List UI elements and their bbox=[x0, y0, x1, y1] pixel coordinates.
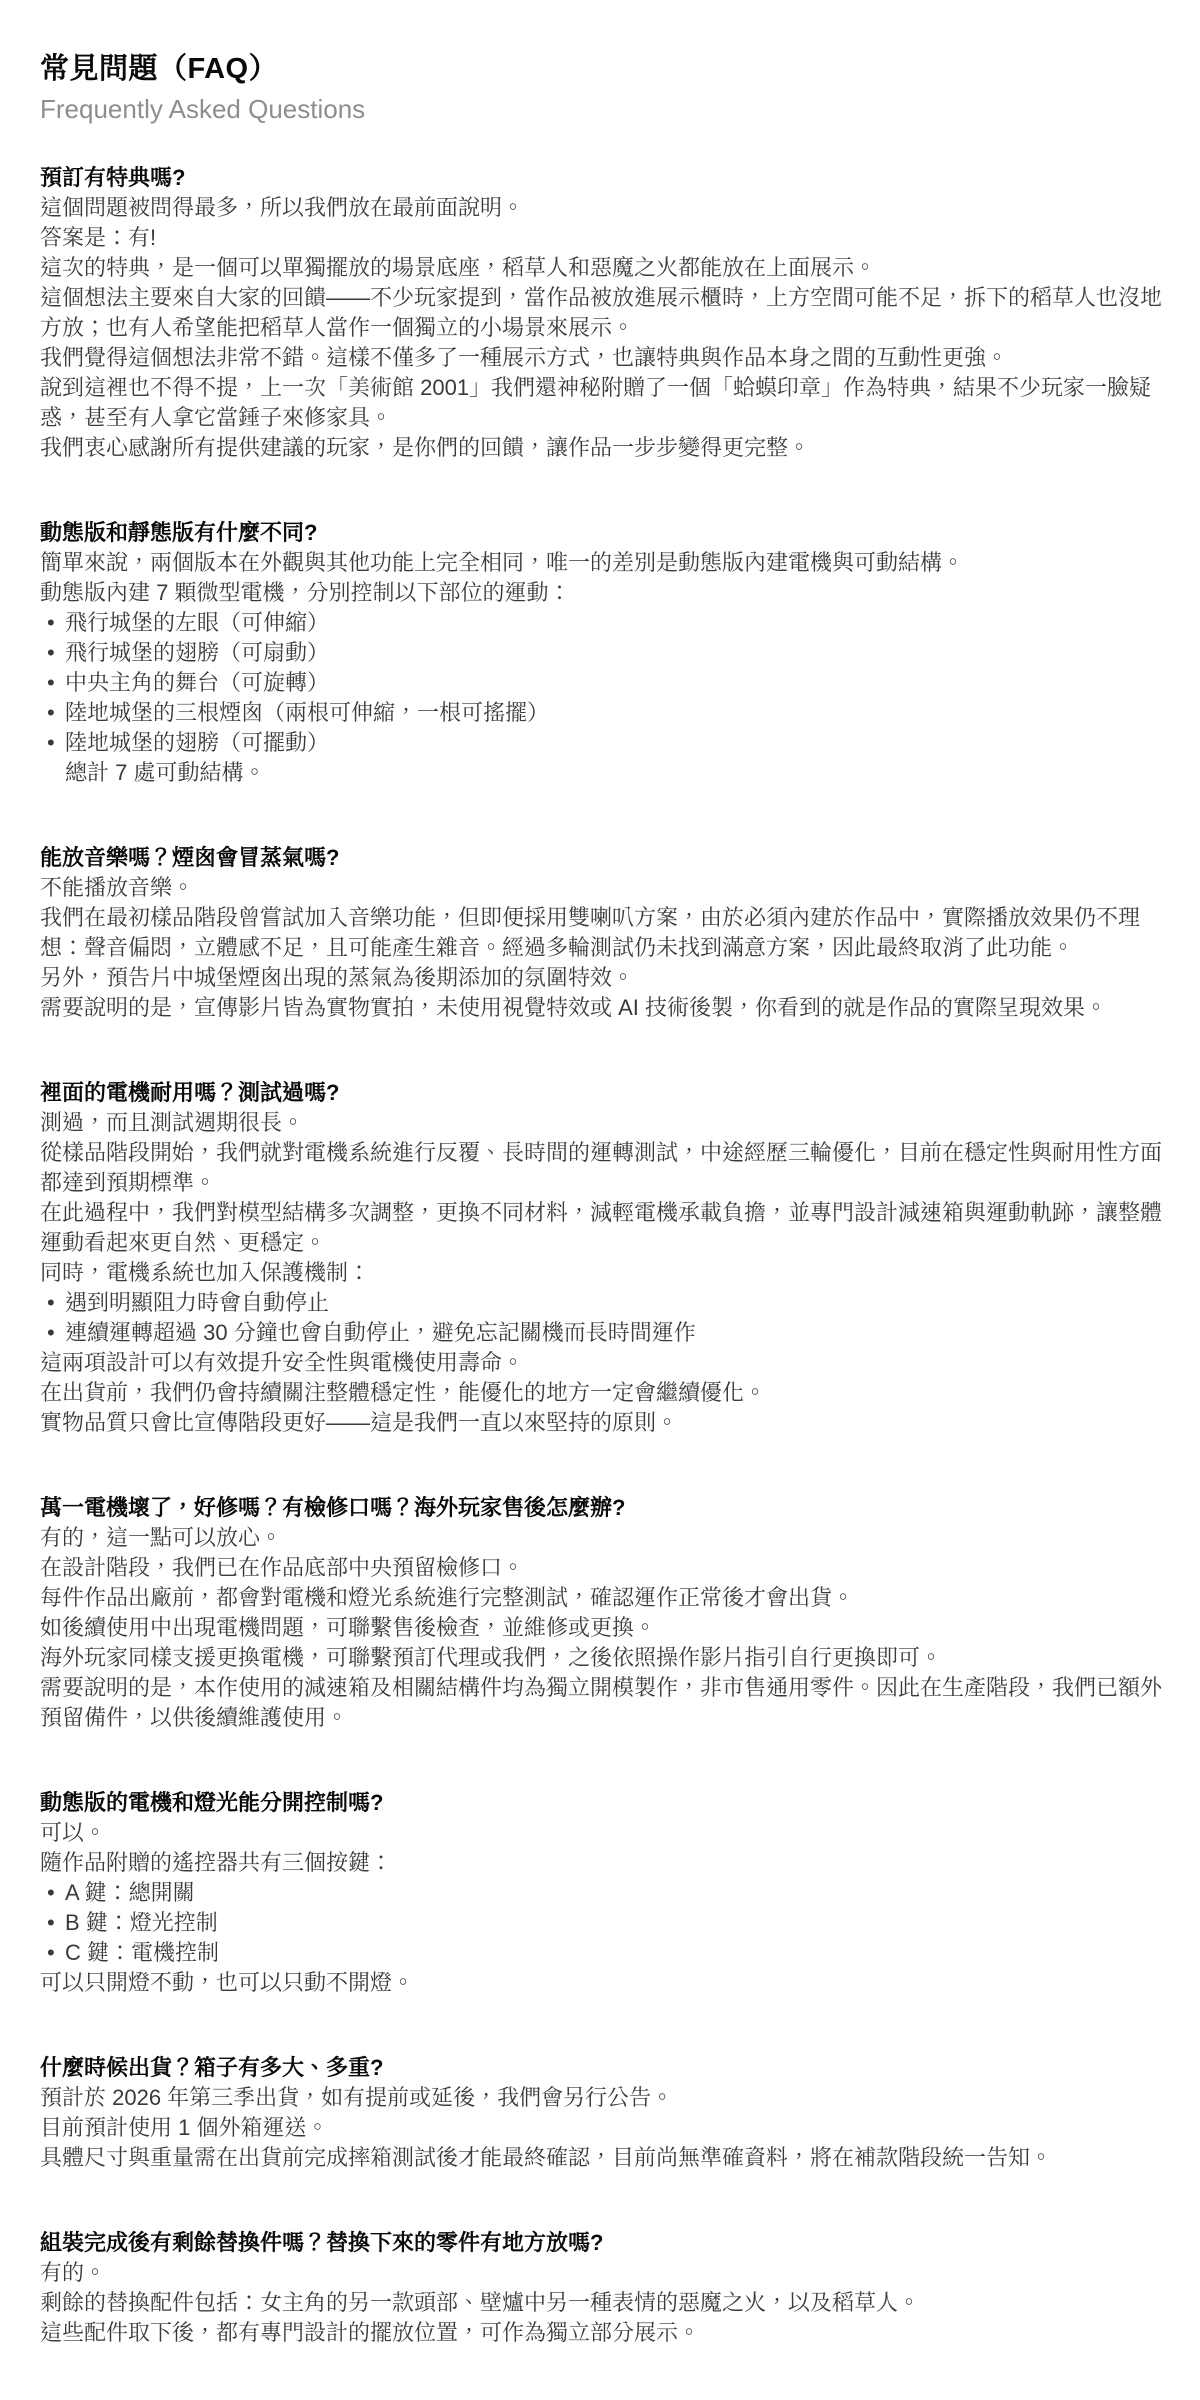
faq-answer-line: •每件作品出廠前，都會對電機和燈光系統進行完整測試，確認運作正常後才會出貨。 bbox=[40, 1583, 1165, 1613]
bullet-icon: • bbox=[47, 1938, 55, 1968]
faq-answer-line: •飛行城堡的左眼（可伸縮） bbox=[40, 608, 1165, 638]
faq-section: 能放音樂嗎？煙囪會冒蒸氣嗎? •不能播放音樂。 •我們在最初樣品階段曾嘗試加入音… bbox=[40, 843, 1165, 1023]
faq-answer-line: •這兩項設計可以有效提升安全性與電機使用壽命。 bbox=[40, 1348, 1165, 1378]
faq-question: 什麼時候出貨？箱子有多大、多重? bbox=[40, 2053, 1165, 2083]
faq-answer-line: •有的。 bbox=[40, 2258, 1165, 2288]
faq-answer-line: •需要說明的是，宣傳影片皆為實物實拍，未使用視覺特效或 AI 技術後製，你看到的… bbox=[40, 993, 1165, 1023]
line-text: 同時，電機系統也加入保護機制： bbox=[40, 1260, 370, 1285]
faq-answer-line: •可以只開燈不動，也可以只動不開燈。 bbox=[40, 1968, 1165, 1998]
faq-answer-line: •陸地城堡的三根煙囪（兩根可伸縮，一根可搖擺） bbox=[40, 698, 1165, 728]
faq-section: 動態版的電機和燈光能分開控制嗎? •可以。 •隨作品附贈的遙控器共有三個按鍵： … bbox=[40, 1788, 1165, 1998]
line-text: 需要說明的是，宣傳影片皆為實物實拍，未使用視覺特效或 AI 技術後製，你看到的就… bbox=[40, 995, 1107, 1020]
faq-section: 動態版和靜態版有什麼不同? •簡單來說，兩個版本在外觀與其他功能上完全相同，唯一… bbox=[40, 518, 1165, 788]
faq-section: 萬一電機壞了，好修嗎？有檢修口嗎？海外玩家售後怎麼辦? •有的，這一點可以放心。… bbox=[40, 1493, 1165, 1733]
line-text: 預計於 2026 年第三季出貨，如有提前或延後，我們會另行公告。 bbox=[40, 2085, 673, 2110]
faq-answer-line: •在設計階段，我們已在作品底部中央預留檢修口。 bbox=[40, 1553, 1165, 1583]
faq-answer-line: •需要說明的是，本作使用的減速箱及相關結構件均為獨立開模製作，非市售通用零件。因… bbox=[40, 1673, 1165, 1733]
line-text: 實物品質只會比宣傳階段更好——這是我們一直以來堅持的原則。 bbox=[40, 1410, 678, 1435]
faq-section: 裡面的電機耐用嗎？測試過嗎? •測過，而且測試週期很長。 •從樣品階段開始，我們… bbox=[40, 1078, 1165, 1438]
faq-question: 能放音樂嗎？煙囪會冒蒸氣嗎? bbox=[40, 843, 1165, 873]
line-text: 如後續使用中出現電機問題，可聯繫售後檢查，並維修或更換。 bbox=[40, 1615, 656, 1640]
line-text: 每件作品出廠前，都會對電機和燈光系統進行完整測試，確認運作正常後才會出貨。 bbox=[40, 1585, 854, 1610]
line-text: 陸地城堡的翅膀（可擺動） bbox=[65, 730, 329, 755]
line-text: 可以。 bbox=[40, 1820, 106, 1845]
bullet-icon: • bbox=[47, 1318, 55, 1348]
faq-section: 什麼時候出貨？箱子有多大、多重? •預計於 2026 年第三季出貨，如有提前或延… bbox=[40, 2053, 1165, 2173]
faq-question: 預訂有特典嗎? bbox=[40, 163, 1165, 193]
line-text: 我們衷心感謝所有提供建議的玩家，是你們的回饋，讓作品一步步變得更完整。 bbox=[40, 435, 810, 460]
line-text: 有的，這一點可以放心。 bbox=[40, 1525, 282, 1550]
faq-answer-line: •可以。 bbox=[40, 1818, 1165, 1848]
bullet-icon: • bbox=[47, 1878, 55, 1908]
line-text: 在出貨前，我們仍會持續關注整體穩定性，能優化的地方一定會繼續優化。 bbox=[40, 1380, 766, 1405]
faq-answer-line: •這些配件取下後，都有專門設計的擺放位置，可作為獨立部分展示。 bbox=[40, 2318, 1165, 2348]
line-text: 飛行城堡的翅膀（可扇動） bbox=[65, 640, 329, 665]
faq-answer-line: •這個問題被問得最多，所以我們放在最前面說明。 bbox=[40, 193, 1165, 223]
line-text: 連續運轉超過 30 分鐘也會自動停止，避免忘記關機而長時間運作 bbox=[65, 1320, 696, 1345]
faq-answer-line: •預計於 2026 年第三季出貨，如有提前或延後，我們會另行公告。 bbox=[40, 2083, 1165, 2113]
line-text: 海外玩家同樣支援更換電機，可聯繫預訂代理或我們，之後依照操作影片指引自行更換即可… bbox=[40, 1645, 942, 1670]
faq-answer: •預計於 2026 年第三季出貨，如有提前或延後，我們會另行公告。 •目前預計使… bbox=[40, 2083, 1165, 2173]
bullet-icon: • bbox=[47, 638, 55, 668]
line-text: 有的。 bbox=[40, 2260, 106, 2285]
faq-answer-line: •動態版內建 7 顆微型電機，分別控制以下部位的運動： bbox=[40, 578, 1165, 608]
page-header: 常見問題（FAQ） Frequently Asked Questions bbox=[40, 50, 1165, 126]
faq-answer-line: •B 鍵：燈光控制 bbox=[40, 1908, 1165, 1938]
faq-answer-line: •同時，電機系統也加入保護機制： bbox=[40, 1258, 1165, 1288]
line-text: 動態版內建 7 顆微型電機，分別控制以下部位的運動： bbox=[40, 580, 570, 605]
faq-question: 組裝完成後有剩餘替換件嗎？替換下來的零件有地方放嗎? bbox=[40, 2228, 1165, 2258]
faq-question: 動態版和靜態版有什麼不同? bbox=[40, 518, 1165, 548]
line-text: A 鍵：總開關 bbox=[65, 1880, 195, 1905]
line-text: 這次的特典，是一個可以單獨擺放的場景底座，稻草人和惡魔之火都能放在上面展示。 bbox=[40, 255, 876, 280]
line-text: 這些配件取下後，都有專門設計的擺放位置，可作為獨立部分展示。 bbox=[40, 2320, 700, 2345]
faq-answer-line: •連續運轉超過 30 分鐘也會自動停止，避免忘記關機而長時間運作 bbox=[40, 1318, 1165, 1348]
line-text: 這兩項設計可以有效提升安全性與電機使用壽命。 bbox=[40, 1350, 524, 1375]
faq-answer-line: •海外玩家同樣支援更換電機，可聯繫預訂代理或我們，之後依照操作影片指引自行更換即… bbox=[40, 1643, 1165, 1673]
faq-answer-line: •中央主角的舞台（可旋轉） bbox=[40, 668, 1165, 698]
faq-answer-line: •遇到明顯阻力時會自動停止 bbox=[40, 1288, 1165, 1318]
line-text: 遇到明顯阻力時會自動停止 bbox=[65, 1290, 329, 1315]
faq-answer-line: •在此過程中，我們對模型結構多次調整，更換不同材料，減輕電機承載負擔，並專門設計… bbox=[40, 1198, 1165, 1258]
faq-answer-line: •如後續使用中出現電機問題，可聯繫售後檢查，並維修或更換。 bbox=[40, 1613, 1165, 1643]
faq-answer: •這個問題被問得最多，所以我們放在最前面說明。 •答案是：有! •這次的特典，是… bbox=[40, 193, 1165, 463]
line-text: 簡單來說，兩個版本在外觀與其他功能上完全相同，唯一的差別是動態版內建電機與可動結… bbox=[40, 550, 964, 575]
faq-answer-line: •有的，這一點可以放心。 bbox=[40, 1523, 1165, 1553]
faq-answer-line: •在出貨前，我們仍會持續關注整體穩定性，能優化的地方一定會繼續優化。 bbox=[40, 1378, 1165, 1408]
faq-answer-line: •C 鍵：電機控制 bbox=[40, 1938, 1165, 1968]
faq-answer-line: •另外，預告片中城堡煙囪出現的蒸氣為後期添加的氛圍特效。 bbox=[40, 963, 1165, 993]
line-text: 另外，預告片中城堡煙囪出現的蒸氣為後期添加的氛圍特效。 bbox=[40, 965, 634, 990]
line-text: 我們覺得這個想法非常不錯。這樣不僅多了一種展示方式，也讓特典與作品本身之間的互動… bbox=[40, 345, 1008, 370]
faq-section: 預訂有特典嗎? •這個問題被問得最多，所以我們放在最前面說明。 •答案是：有! … bbox=[40, 163, 1165, 463]
line-text: 我們在最初樣品階段曾嘗試加入音樂功能，但即便採用雙喇叭方案，由於必須內建於作品中… bbox=[40, 905, 1140, 960]
line-text: 目前預計使用 1 個外箱運送。 bbox=[40, 2115, 328, 2140]
faq-answer-line: •簡單來說，兩個版本在外觀與其他功能上完全相同，唯一的差別是動態版內建電機與可動… bbox=[40, 548, 1165, 578]
bullet-icon: • bbox=[47, 608, 55, 638]
page-title: 常見問題（FAQ） bbox=[40, 50, 1165, 88]
line-text: 具體尺寸與重量需在出貨前完成摔箱測試後才能最終確認，目前尚無準確資料，將在補款階… bbox=[40, 2145, 1052, 2170]
faq-answer: •簡單來說，兩個版本在外觀與其他功能上完全相同，唯一的差別是動態版內建電機與可動… bbox=[40, 548, 1165, 788]
line-text: 在設計階段，我們已在作品底部中央預留檢修口。 bbox=[40, 1555, 524, 1580]
faq-answer-line: •具體尺寸與重量需在出貨前完成摔箱測試後才能最終確認，目前尚無準確資料，將在補款… bbox=[40, 2143, 1165, 2173]
faq-answer-line: •從樣品階段開始，我們就對電機系統進行反覆、長時間的運轉測試，中途經歷三輪優化，… bbox=[40, 1138, 1165, 1198]
line-text: 剩餘的替換配件包括：女主角的另一款頭部、壁爐中另一種表情的惡魔之火，以及稻草人。 bbox=[40, 2290, 920, 2315]
line-text: 說到這裡也不得不提，上一次「美術館 2001」我們還神秘附贈了一個「蛤蟆印章」作… bbox=[40, 375, 1151, 430]
line-text: 答案是：有! bbox=[40, 225, 156, 250]
line-text: 陸地城堡的三根煙囪（兩根可伸縮，一根可搖擺） bbox=[65, 700, 549, 725]
faq-answer-line: •我們在最初樣品階段曾嘗試加入音樂功能，但即便採用雙喇叭方案，由於必須內建於作品… bbox=[40, 903, 1165, 963]
bullet-icon: • bbox=[47, 698, 55, 728]
faq-answer-line: •我們衷心感謝所有提供建議的玩家，是你們的回饋，讓作品一步步變得更完整。 bbox=[40, 433, 1165, 463]
faq-answer: •有的，這一點可以放心。 •在設計階段，我們已在作品底部中央預留檢修口。 •每件… bbox=[40, 1523, 1165, 1733]
faq-answer: •有的。 •剩餘的替換配件包括：女主角的另一款頭部、壁爐中另一種表情的惡魔之火，… bbox=[40, 2258, 1165, 2348]
bullet-icon: • bbox=[47, 1908, 55, 1938]
faq-answer: •測過，而且測試週期很長。 •從樣品階段開始，我們就對電機系統進行反覆、長時間的… bbox=[40, 1108, 1165, 1438]
faq-section: 組裝完成後有剩餘替換件嗎？替換下來的零件有地方放嗎? •有的。 •剩餘的替換配件… bbox=[40, 2228, 1165, 2348]
line-text: 這個問題被問得最多，所以我們放在最前面說明。 bbox=[40, 195, 524, 220]
faq-answer-line: •我們覺得這個想法非常不錯。這樣不僅多了一種展示方式，也讓特典與作品本身之間的互… bbox=[40, 343, 1165, 373]
faq-answer-line: •實物品質只會比宣傳階段更好——這是我們一直以來堅持的原則。 bbox=[40, 1408, 1165, 1438]
line-text: 可以只開燈不動，也可以只動不開燈。 bbox=[40, 1970, 414, 1995]
page-subtitle: Frequently Asked Questions bbox=[40, 92, 1165, 126]
faq-page: 常見問題（FAQ） Frequently Asked Questions 預訂有… bbox=[0, 0, 1200, 2348]
line-text: C 鍵：電機控制 bbox=[65, 1940, 219, 1965]
line-text: 這個想法主要來自大家的回饋——不少玩家提到，當作品被放進展示櫃時，上方空間可能不… bbox=[40, 285, 1162, 340]
faq-answer-line: •飛行城堡的翅膀（可扇動） bbox=[40, 638, 1165, 668]
line-text: 中央主角的舞台（可旋轉） bbox=[65, 670, 329, 695]
faq-question: 動態版的電機和燈光能分開控制嗎? bbox=[40, 1788, 1165, 1818]
faq-answer-line: •A 鍵：總開關 bbox=[40, 1878, 1165, 1908]
faq-answer-line: •這個想法主要來自大家的回饋——不少玩家提到，當作品被放進展示櫃時，上方空間可能… bbox=[40, 283, 1165, 343]
line-text: 不能播放音樂。 bbox=[40, 875, 194, 900]
line-text: 在此過程中，我們對模型結構多次調整，更換不同材料，減輕電機承載負擔，並專門設計減… bbox=[40, 1200, 1162, 1255]
line-text: 從樣品階段開始，我們就對電機系統進行反覆、長時間的運轉測試，中途經歷三輪優化，目… bbox=[40, 1140, 1162, 1195]
faq-list: 預訂有特典嗎? •這個問題被問得最多，所以我們放在最前面說明。 •答案是：有! … bbox=[40, 163, 1165, 2348]
faq-answer: •可以。 •隨作品附贈的遙控器共有三個按鍵： •A 鍵：總開關 •B 鍵：燈光控… bbox=[40, 1818, 1165, 1998]
faq-question: 萬一電機壞了，好修嗎？有檢修口嗎？海外玩家售後怎麼辦? bbox=[40, 1493, 1165, 1523]
faq-answer-line: •測過，而且測試週期很長。 bbox=[40, 1108, 1165, 1138]
faq-answer-line: •陸地城堡的翅膀（可擺動） bbox=[40, 728, 1165, 758]
faq-answer: •不能播放音樂。 •我們在最初樣品階段曾嘗試加入音樂功能，但即便採用雙喇叭方案，… bbox=[40, 873, 1165, 1023]
line-text: 飛行城堡的左眼（可伸縮） bbox=[65, 610, 329, 635]
faq-answer-line: •剩餘的替換配件包括：女主角的另一款頭部、壁爐中另一種表情的惡魔之火，以及稻草人… bbox=[40, 2288, 1165, 2318]
line-text: 隨作品附贈的遙控器共有三個按鍵： bbox=[40, 1850, 392, 1875]
line-text: 需要說明的是，本作使用的減速箱及相關結構件均為獨立開模製作，非市售通用零件。因此… bbox=[40, 1675, 1162, 1730]
line-text: 測過，而且測試週期很長。 bbox=[40, 1110, 304, 1135]
line-text: B 鍵：燈光控制 bbox=[65, 1910, 218, 1935]
line-text: 總計 7 處可動結構。 bbox=[65, 760, 265, 785]
bullet-icon: • bbox=[47, 1288, 55, 1318]
faq-answer-line: •不能播放音樂。 bbox=[40, 873, 1165, 903]
faq-question: 裡面的電機耐用嗎？測試過嗎? bbox=[40, 1078, 1165, 1108]
faq-answer-line: •隨作品附贈的遙控器共有三個按鍵： bbox=[40, 1848, 1165, 1878]
faq-answer-line: •說到這裡也不得不提，上一次「美術館 2001」我們還神秘附贈了一個「蛤蟆印章」… bbox=[40, 373, 1165, 433]
bullet-icon: • bbox=[47, 728, 55, 758]
bullet-icon: • bbox=[47, 668, 55, 698]
faq-answer-line: •目前預計使用 1 個外箱運送。 bbox=[40, 2113, 1165, 2143]
faq-answer-line: •這次的特典，是一個可以單獨擺放的場景底座，稻草人和惡魔之火都能放在上面展示。 bbox=[40, 253, 1165, 283]
faq-answer-line: •總計 7 處可動結構。 bbox=[40, 758, 1165, 788]
faq-answer-line: •答案是：有! bbox=[40, 223, 1165, 253]
